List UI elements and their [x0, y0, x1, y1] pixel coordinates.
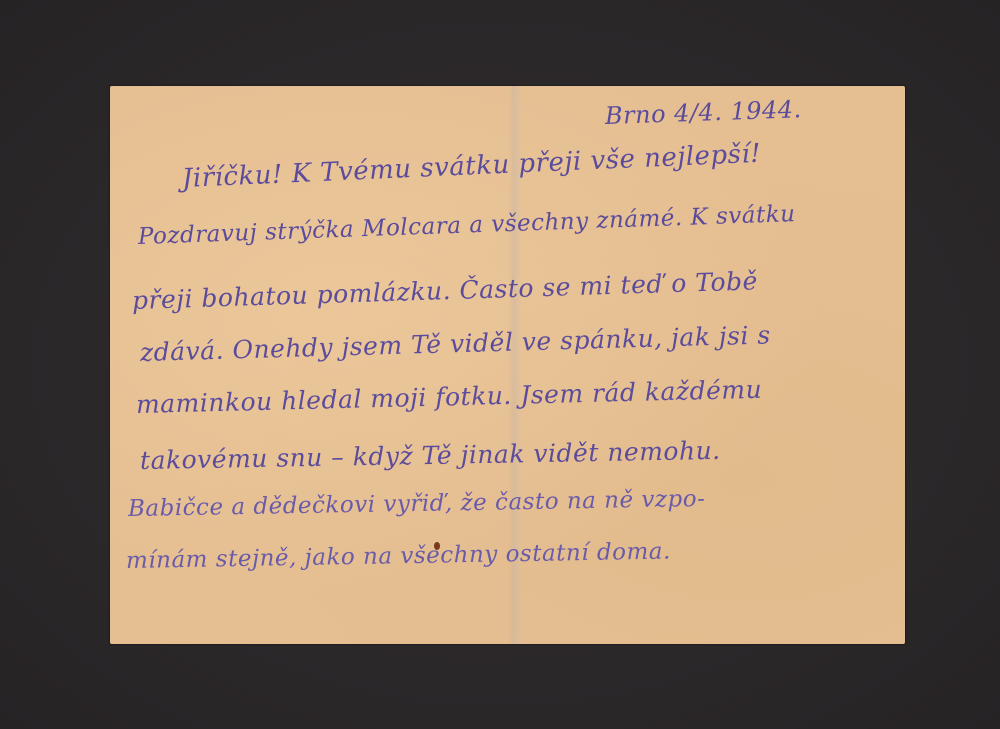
letter-line-1: Jiříčku! K Tvému svátku přeji vše nejlep…: [181, 139, 761, 194]
scan-background: Brno 4/4. 1944. Jiříčku! K Tvému svátku …: [0, 0, 1000, 729]
place-date-header: Brno 4/4. 1944.: [605, 95, 803, 130]
postcard: Brno 4/4. 1944. Jiříčku! K Tvému svátku …: [110, 86, 905, 644]
letter-line-3: přeji bohatou pomlázku. Často se mi teď …: [132, 266, 759, 315]
letter-line-6: takovému snu – když Tě jinak vidět nemoh…: [140, 436, 721, 475]
letter-line-8: mínám stejně, jako na všechny ostatní do…: [126, 538, 671, 574]
letter-line-5: maminkou hledal moji fotku. Jsem rád kaž…: [136, 375, 763, 419]
letter-line-4: zdává. Onehdy jsem Tě viděl ve spánku, j…: [140, 320, 771, 367]
letter-line-2: Pozdravuj strýčka Molcara a všechny znám…: [138, 201, 796, 250]
letter-line-7: Babičce a dědečkovi vyřiď, že často na n…: [128, 486, 706, 522]
